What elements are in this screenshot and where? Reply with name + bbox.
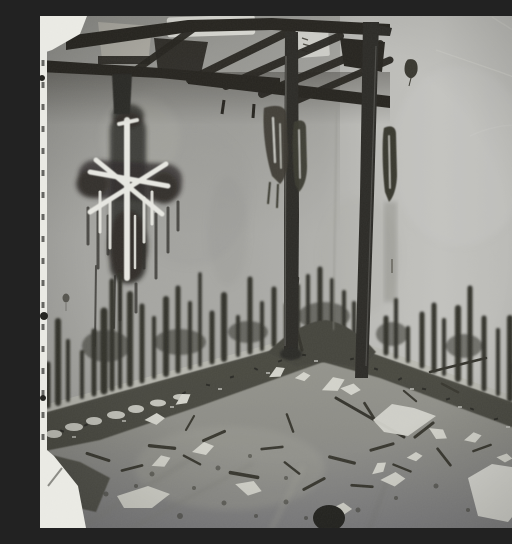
photo-canvas [40,16,512,528]
grain-overlay [40,16,512,528]
vintage-photo [40,16,512,528]
